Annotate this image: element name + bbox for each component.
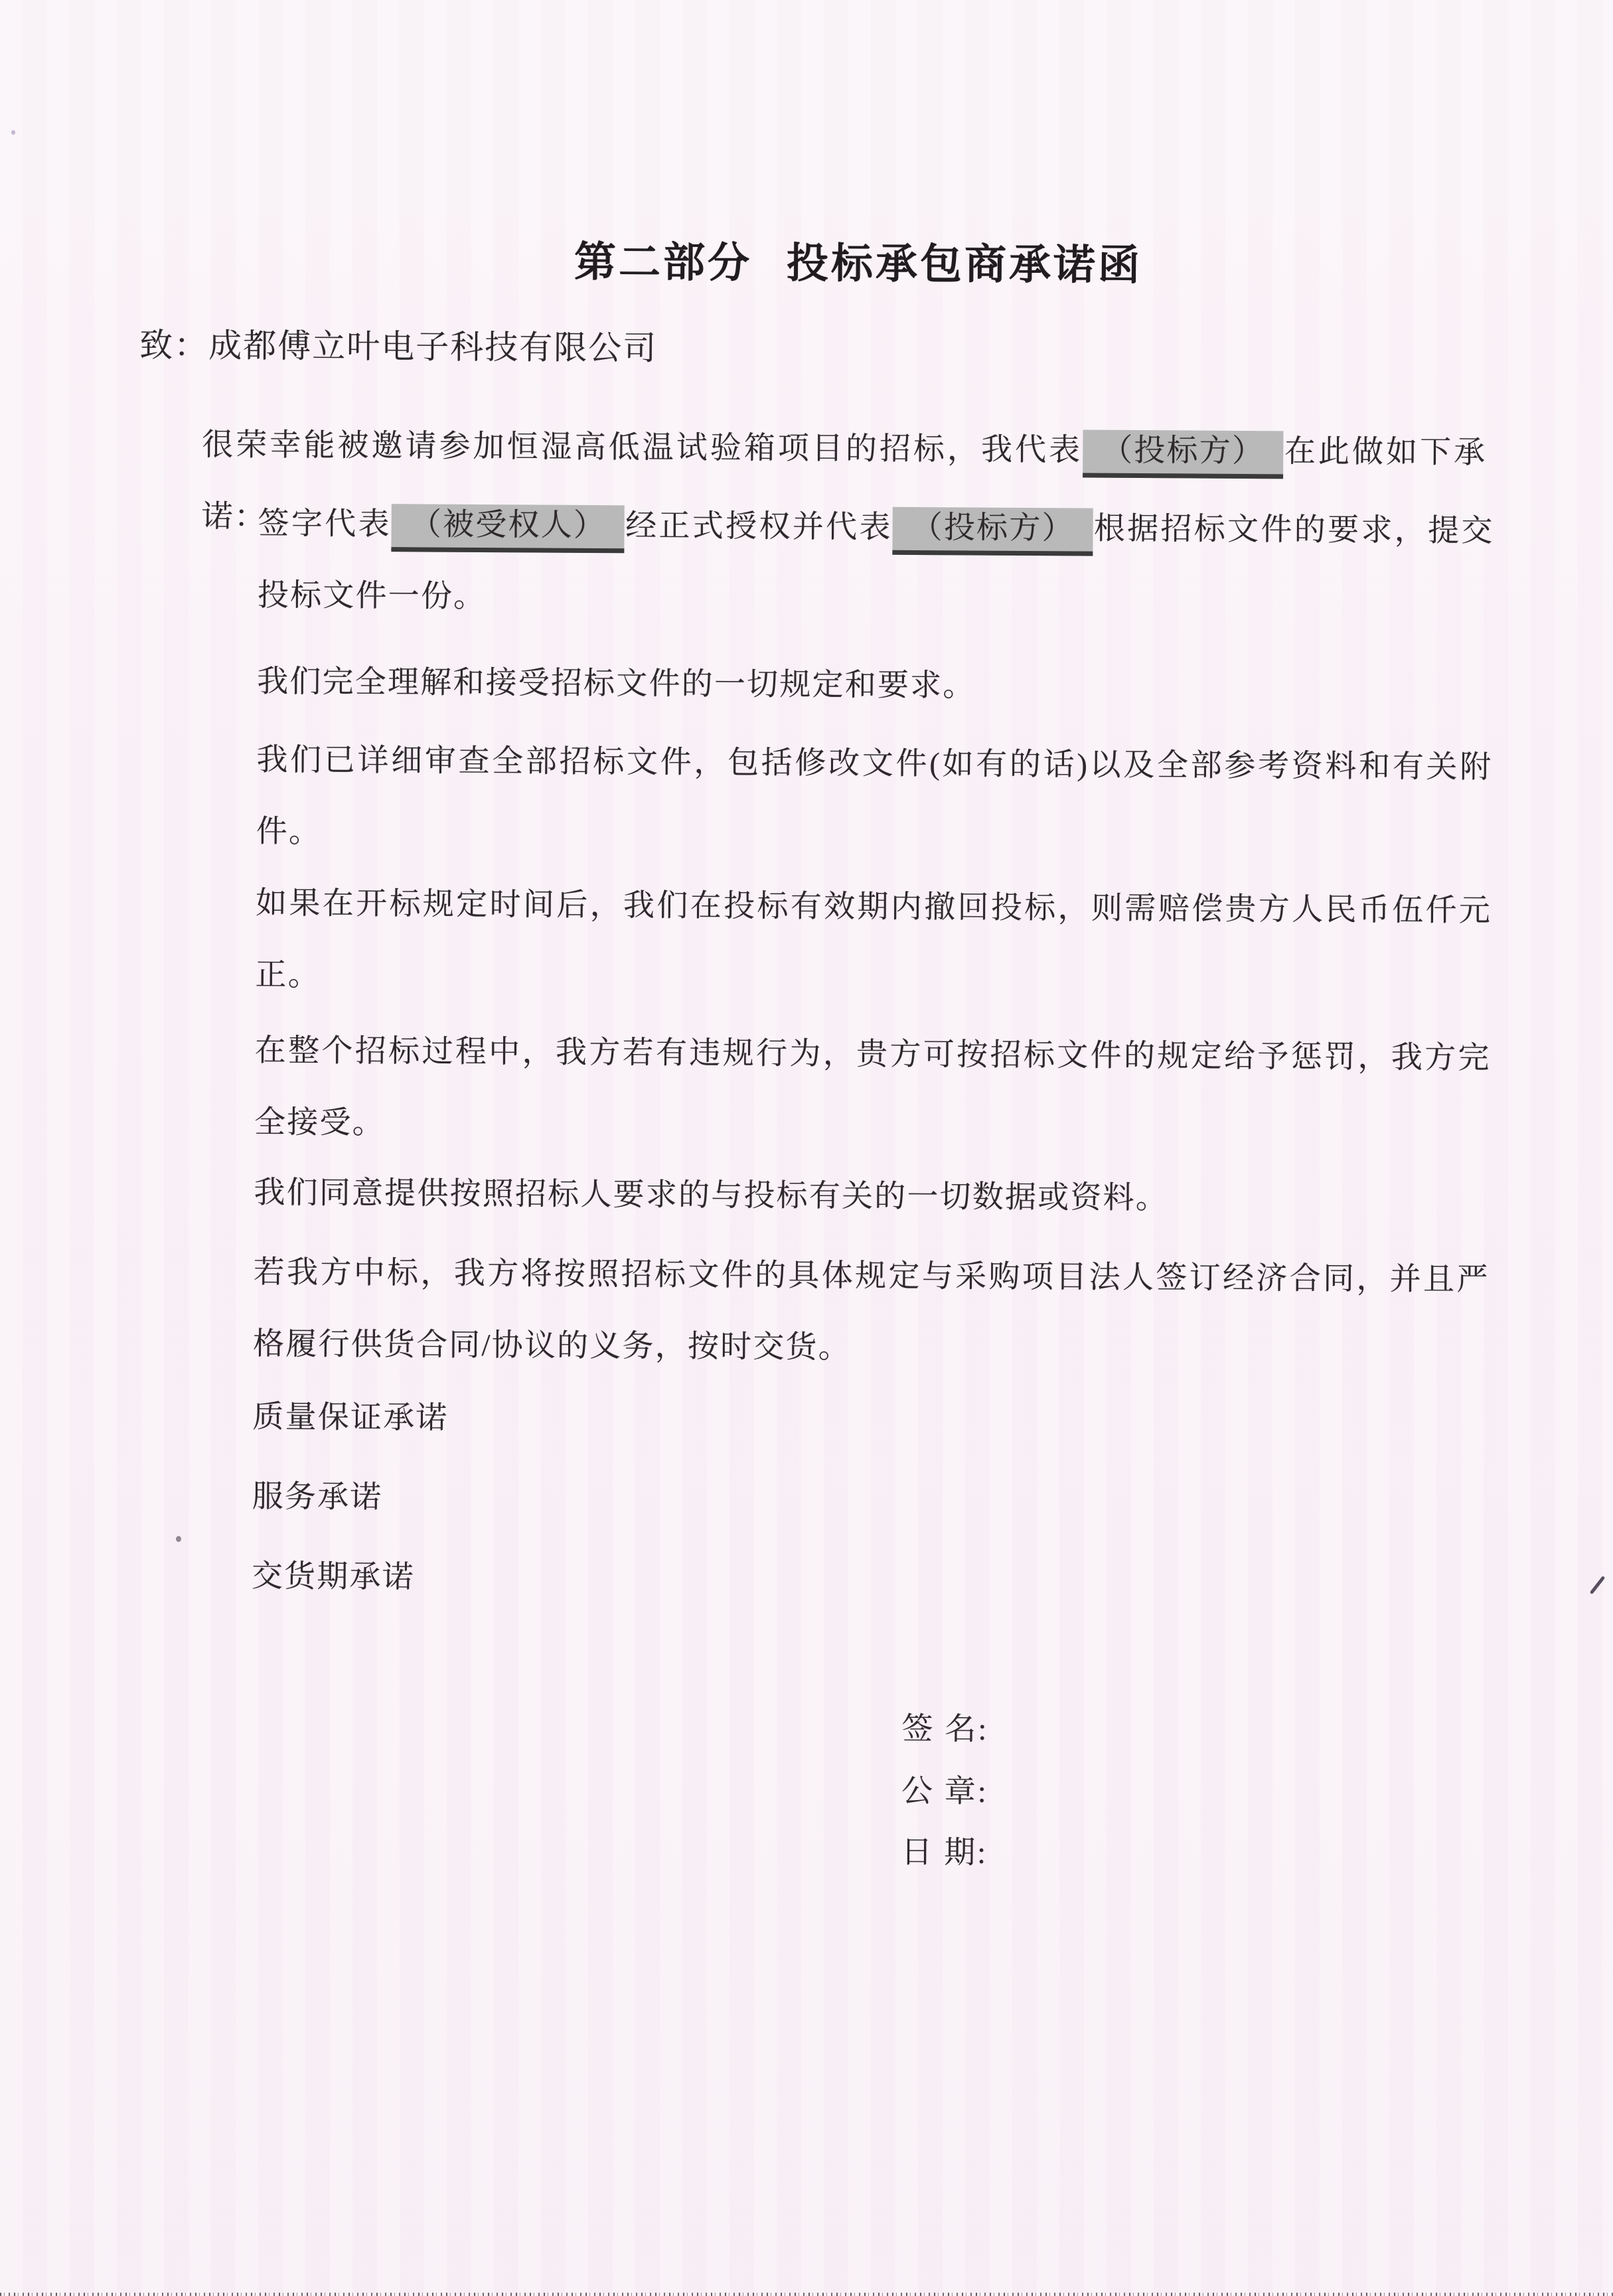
paragraph-contract-award: 若我方中标，我方将按照招标文件的具体规定与采购项目法人签订经济合同，并且严格履行… xyxy=(253,1237,1490,1387)
page-title: 第二部分投标承包商承诺函 xyxy=(52,225,1613,295)
document-content: 第二部分投标承包商承诺函 致：成都傅立叶电子科技有限公司 很荣幸能被邀请参加恒湿… xyxy=(0,0,1613,2296)
paragraph-violation-penalty: 在整个招标过程中，我方若有违规行为，贵方可按招标文件的规定给予惩罚，我方完全接受… xyxy=(254,1015,1491,1166)
paragraph-authorization: 签字代表（被受权人）经正式授权并代表（投标方）根据招标文件的要求，提交投标文件一… xyxy=(258,488,1494,639)
page-title-main: 投标承包商承诺函 xyxy=(787,240,1142,289)
scan-bottom-edge-noise xyxy=(0,2293,1613,2296)
signature-seal-label: 公 章: xyxy=(901,1766,988,1811)
placeholder-authorized-person: （被受权人） xyxy=(392,504,625,553)
page-title-part-number: 第二部分 xyxy=(574,239,752,287)
signature-name-label: 签 名: xyxy=(901,1704,988,1749)
scan-speck-dot xyxy=(176,1536,181,1542)
commitment-delivery: 交货期承诺 xyxy=(252,1541,1488,1620)
placeholder-bidder: （投标方） xyxy=(1083,430,1283,479)
recipient-company: 成都傅立叶电子科技有限公司 xyxy=(208,327,657,366)
signature-date-label: 日 期: xyxy=(901,1827,988,1873)
paragraph-withdrawal-penalty: 如果在开标规定时间后，我们在投标有效期内撤回投标，则需赔偿贵方人民币伍仟元正。 xyxy=(255,868,1492,1018)
paragraph-review: 我们已详细审查全部招标文件，包括修改文件(如有的话)以及全部参考资料和有关附件。 xyxy=(256,724,1492,875)
salutation-line: 致：成都傅立叶电子科技有限公司 xyxy=(139,319,657,370)
paragraph-data-provision: 我们同意提供按照招标人要求的与投标有关的一切数据或资料。 xyxy=(254,1157,1490,1236)
intro-text-a: 很荣幸能被邀请参加恒湿高低温试验箱项目的招标，我代表 xyxy=(202,427,1083,467)
placeholder-bidder-2: （投标方） xyxy=(893,507,1093,556)
scanned-document-page: 第二部分投标承包商承诺函 致：成都傅立叶电子科技有限公司 很荣幸能被邀请参加恒湿… xyxy=(0,0,1613,2296)
salutation-label: 致： xyxy=(139,327,208,364)
auth-text-a: 签字代表 xyxy=(258,506,392,542)
auth-text-b: 经正式授权并代表 xyxy=(625,508,893,544)
commitment-service: 服务承诺 xyxy=(252,1461,1488,1540)
scan-speck-dot-faint xyxy=(11,130,15,135)
paragraph-acceptance: 我们完全理解和接受招标文件的一切规定和要求。 xyxy=(257,646,1494,725)
commitment-quality: 质量保证承诺 xyxy=(252,1381,1489,1460)
